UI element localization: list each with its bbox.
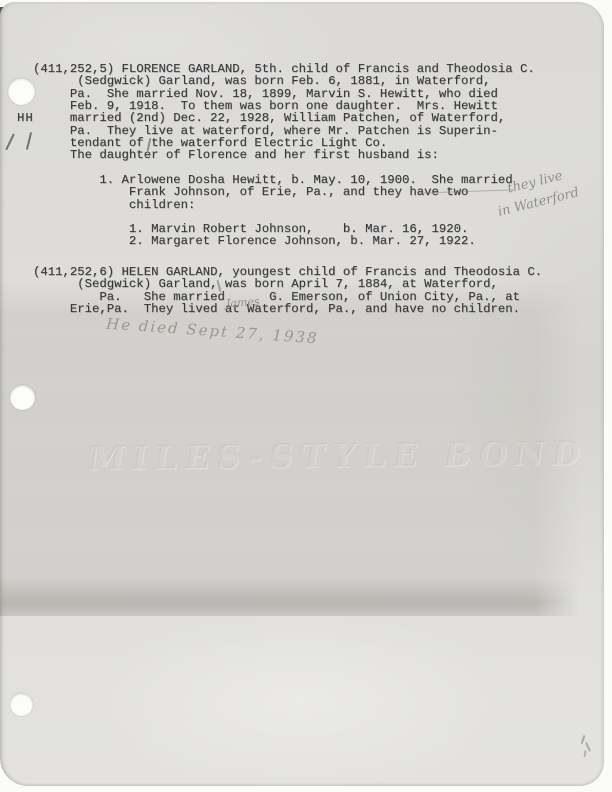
paper-watermark: MILES-STYLE BOND [85,433,577,484]
margin-check-mark-right [26,132,33,150]
margin-check-mark-left [5,133,15,150]
entry-johnson-grandchildren: 1. Marvin Robert Johnson, b. Mar. 16, 19… [33,223,476,248]
entry-florence-garland: (411,252,5) FLORENCE GARLAND, 5th. child… [33,63,535,162]
punch-hole-bottom [10,693,33,716]
punch-hole-top [8,78,35,105]
pencil-scribble-corner [584,750,586,757]
entry-helen-garland: (411,252,6) HELEN GARLAND, youngest chil… [33,266,542,315]
punch-hole-middle [10,385,35,410]
document-page: MILES-STYLE BOND HH (411,252,5) FLORENCE… [0,2,604,786]
margin-stamp-hh: HH [17,112,34,124]
handwritten-inserted-name: James [226,295,260,310]
